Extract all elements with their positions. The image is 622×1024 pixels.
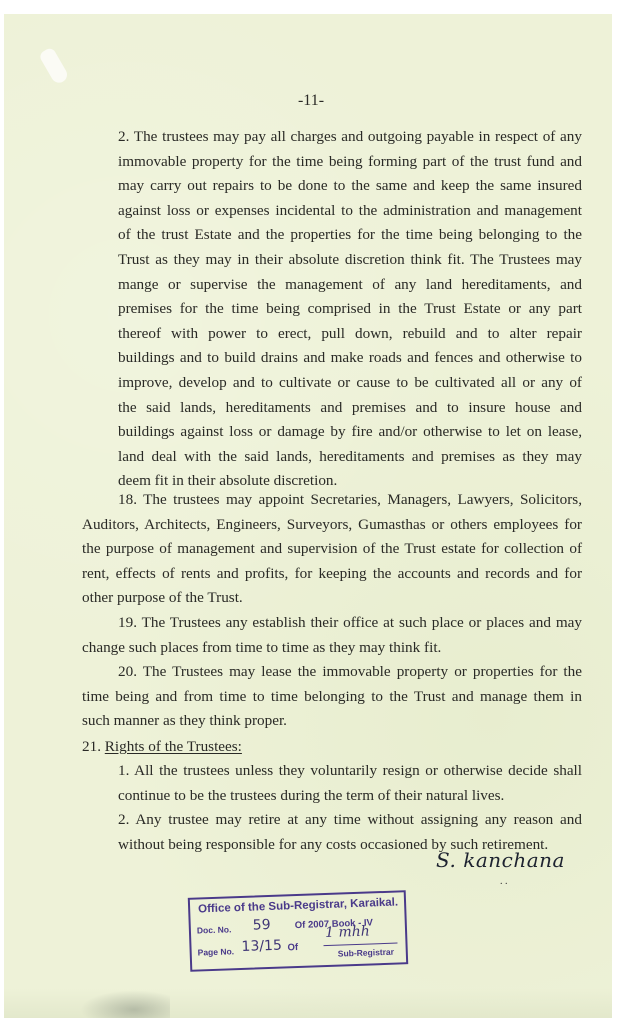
clause-continued-line: buildings against loss or damage by fire… <box>118 423 582 441</box>
clause-18-line: Auditors, Architects, Engineers, Surveyo… <box>82 516 582 534</box>
stamp-page-value: 13/15 <box>241 938 282 955</box>
punch-hole <box>38 46 70 85</box>
clause-continued-line: may carry out repairs to be done to the … <box>118 177 582 195</box>
stamp-registrar-label: Sub-Registrar <box>338 947 395 959</box>
clause-continued-line: of the trust Estate and the properties f… <box>118 226 582 244</box>
stamp-doc-label: Doc. No. <box>197 924 232 935</box>
clause-continued-line: premises for the time being comprised in… <box>118 300 582 318</box>
clause-continued-line: the said lands, hereditaments and premis… <box>118 399 582 417</box>
clause-21-title: Rights of the Trustees: <box>105 738 242 755</box>
clause-continued-line: against loss or expenses incidental to t… <box>118 202 582 220</box>
clause-continued-line: buildings and to build drains and make r… <box>118 349 582 367</box>
clause-continued-line: improve, develop and to cultivate or cau… <box>118 374 582 392</box>
smudge-mark <box>80 990 170 1018</box>
clause-continued-line: thereof with power to erect, pull down, … <box>118 325 582 343</box>
clause-21-item-line: 1. All the trustees unless they voluntar… <box>118 762 582 780</box>
clause-21-heading: 21. Rights of the Trustees: <box>82 738 242 756</box>
signature: S. kanchana <box>436 848 565 872</box>
clause-continued-line: mange or supervise the management of any… <box>118 276 582 294</box>
clause-19-line: change such places from time to time as … <box>82 639 441 657</box>
stamp-page-label: Page No. <box>198 946 235 957</box>
clause-18-line: rent, effects of rents and profits, for … <box>82 565 582 583</box>
clause-21-number: 21. <box>82 738 101 755</box>
stamp-of-label: Of <box>287 942 298 953</box>
clause-continued-line: 2. The trustees may pay all charges and … <box>118 128 582 146</box>
signature-dots: . . <box>500 876 508 887</box>
sub-registrar-stamp: Office of the Sub-Registrar, Karaikal. D… <box>188 890 408 972</box>
clause-21-item-line: continue to be the trustees during the t… <box>118 787 504 805</box>
clause-18-line: 18. The trustees may appoint Secretaries… <box>118 491 582 509</box>
clause-20-line: such manner as they think proper. <box>82 712 287 730</box>
clause-20-line: time being and from time to time belongi… <box>82 688 582 706</box>
stamp-signature: 1 mhh <box>325 924 370 942</box>
stamp-title: Office of the Sub-Registrar, Karaikal. <box>198 896 398 915</box>
clause-20-line: 20. The Trustees may lease the immovable… <box>118 663 582 681</box>
clause-21-item-line: 2. Any trustee may retire at any time wi… <box>118 811 582 829</box>
clause-continued-line: deem fit in their absolute discretion. <box>118 472 337 490</box>
clause-continued-line: land deal with the said lands, hereditam… <box>118 448 582 466</box>
stamp-doc-value: 59 <box>253 917 271 934</box>
clause-18-line: the purpose of management and supervisio… <box>82 540 582 558</box>
clause-19-line: 19. The Trustees any establish their off… <box>118 614 582 632</box>
clause-18-line: other purpose of the Trust. <box>82 589 243 607</box>
clause-continued-line: Trust as they may in their absolute disc… <box>118 251 582 269</box>
clause-continued-line: immovable property for the time being fo… <box>118 153 582 171</box>
page-number: -11- <box>0 92 622 110</box>
